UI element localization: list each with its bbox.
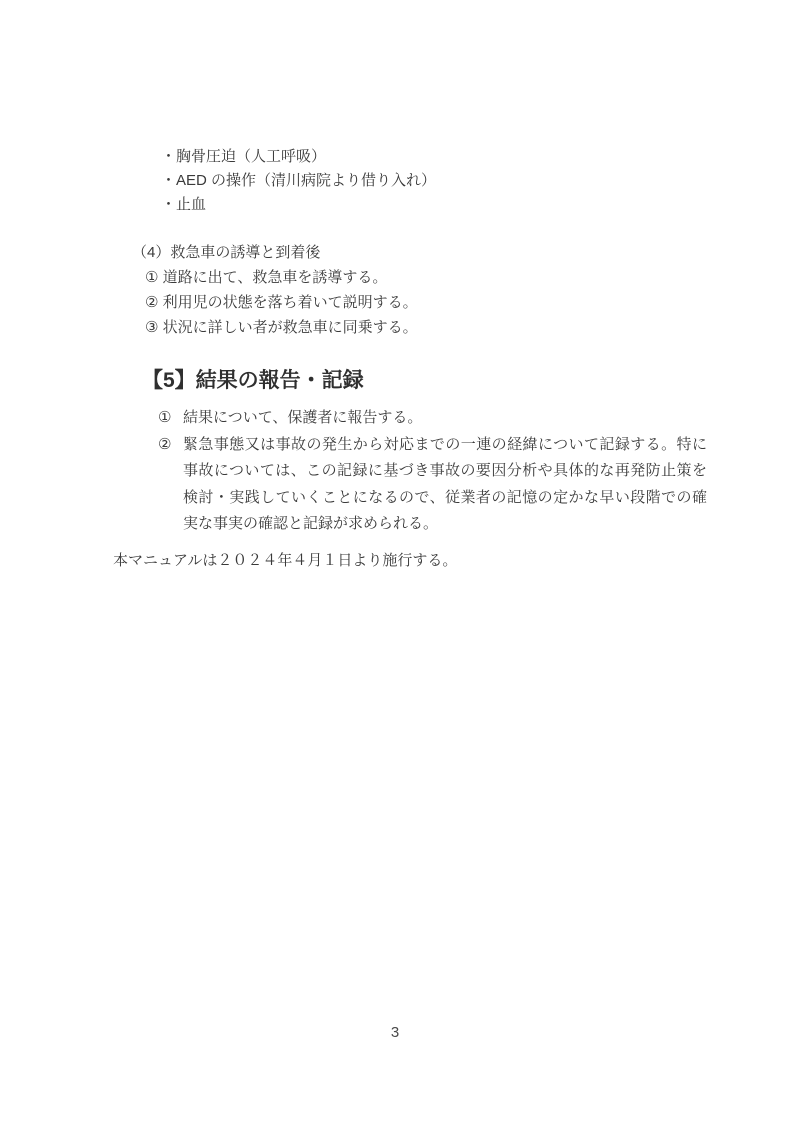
section-4-item-1: ① 道路に出て、救急車を誘導する。 xyxy=(145,265,418,290)
section-4-title: （4）救急車の誘導と到着後 xyxy=(132,241,320,265)
list-item-text: 緊急事態又は事故の発生から対応までの一連の経緯について記録する。特に事故について… xyxy=(183,432,707,538)
bullet-item-hemostasis: ・止血 xyxy=(161,193,436,217)
bullet-item-aed: ・AED の操作（清川病院より借り入れ） xyxy=(161,169,436,193)
section-5-item-1: ① 結果について、保護者に報告する。 xyxy=(158,405,707,432)
document-page: ・胸骨圧迫（人工呼吸） ・AED の操作（清川病院より借り入れ） ・止血 （4）… xyxy=(0,0,800,1131)
section-5-item-2: ② 緊急事態又は事故の発生から対応までの一連の経緯について記録する。特に事故につ… xyxy=(158,432,707,538)
page-number: 3 xyxy=(0,1022,790,1044)
section-5-heading: 【5】結果の報告・記録 xyxy=(142,366,364,395)
section-4-item-3: ③ 状況に詳しい者が救急車に同乗する。 xyxy=(145,315,418,340)
section-4-item-list: ① 道路に出て、救急車を誘導する。 ② 利用児の状態を落ち着いて説明する。 ③ … xyxy=(145,265,418,340)
list-item-number: ① xyxy=(158,405,183,432)
bullet-item-chest-compression: ・胸骨圧迫（人工呼吸） xyxy=(161,145,436,169)
section-4-item-2: ② 利用児の状態を落ち着いて説明する。 xyxy=(145,290,418,315)
first-aid-bullet-list: ・胸骨圧迫（人工呼吸） ・AED の操作（清川病院より借り入れ） ・止血 xyxy=(161,145,436,217)
section-5-item-list: ① 結果について、保護者に報告する。 ② 緊急事態又は事故の発生から対応までの一… xyxy=(158,405,707,538)
list-item-text: 結果について、保護者に報告する。 xyxy=(183,405,707,432)
list-item-number: ② xyxy=(158,432,183,459)
effective-date-line: 本マニュアルは２０２４年４月１日より施行する。 xyxy=(113,549,457,573)
